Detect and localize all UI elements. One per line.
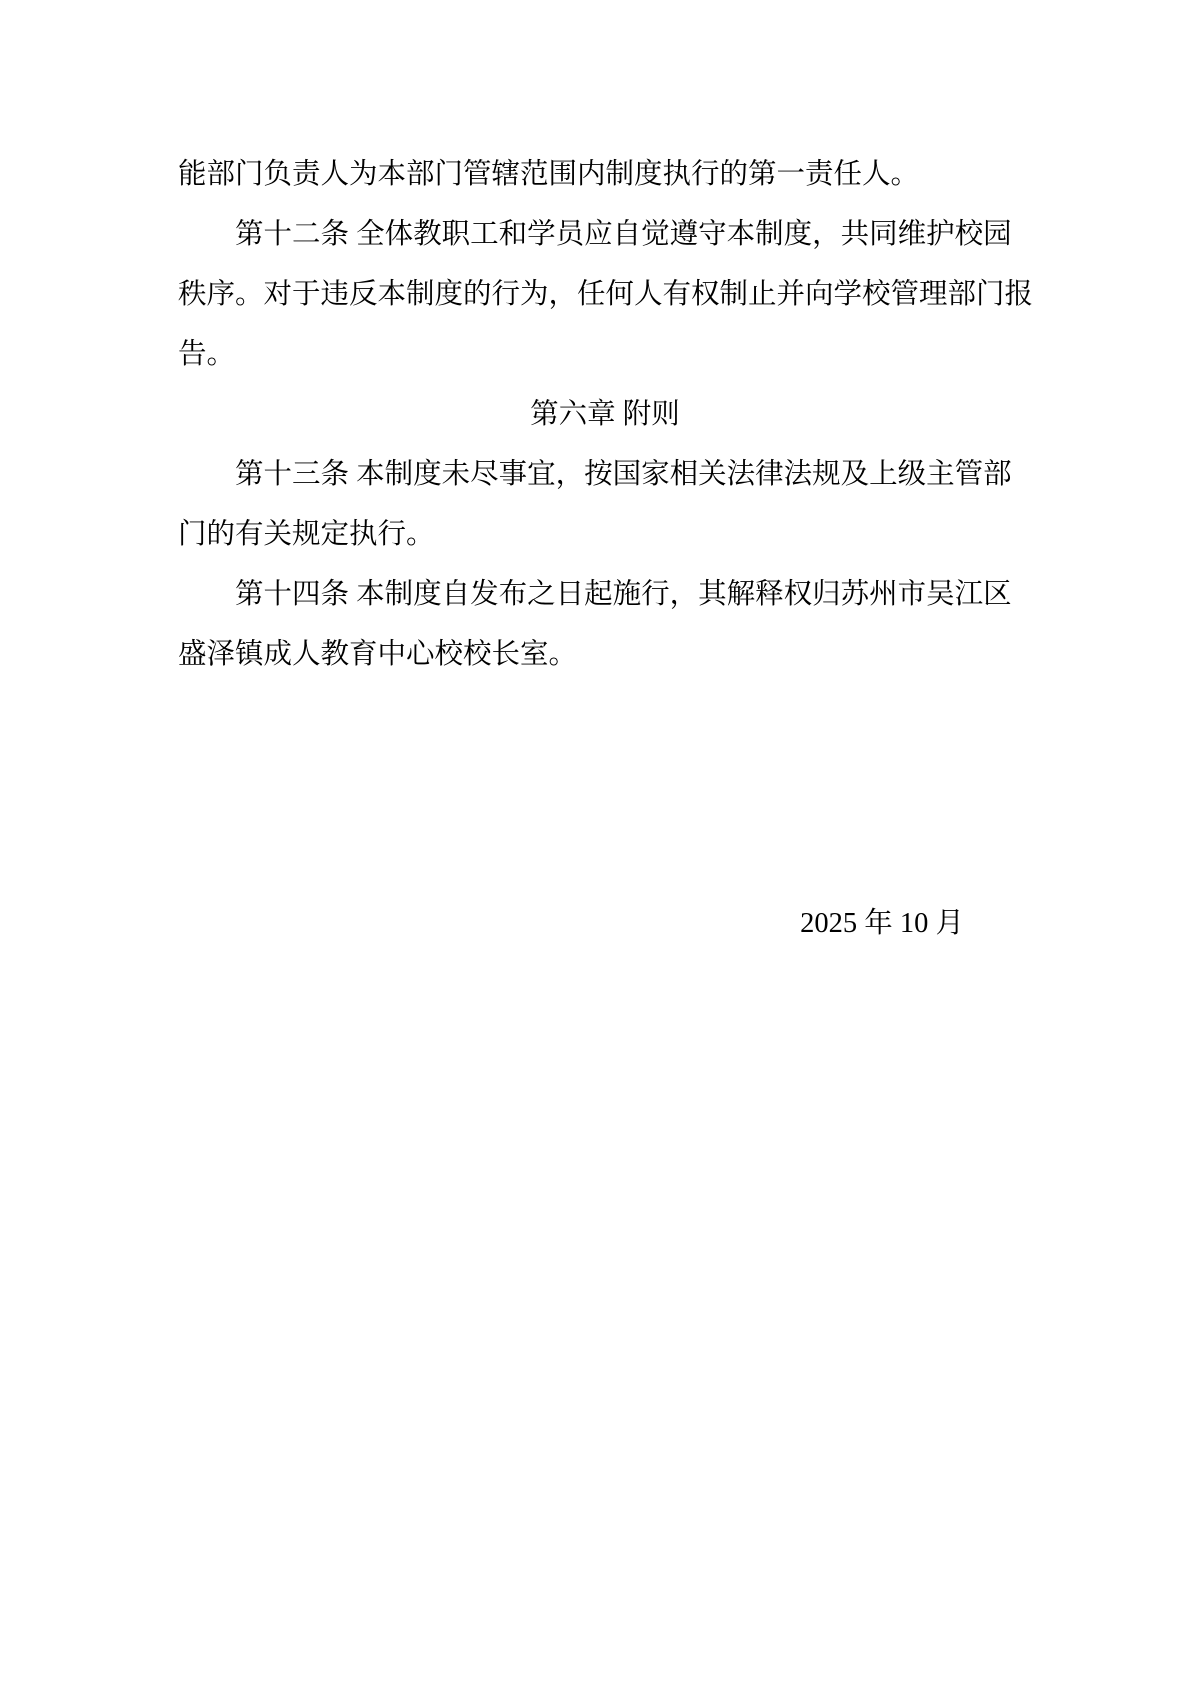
body-line-article-13: 第十三条 本制度未尽事宜，按国家相关法律法规及上级主管部 (178, 445, 1032, 505)
body-line: 盛泽镇成人教育中心校校长室。 (178, 625, 1032, 685)
document-content: 能部门负责人为本部门管辖范围内制度执行的第一责任人。 第十二条 全体教职工和学员… (0, 0, 1191, 954)
body-line: 能部门负责人为本部门管辖范围内制度执行的第一责任人。 (178, 145, 1032, 205)
chapter-heading: 第六章 附则 (178, 385, 1032, 445)
body-line: 秩序。对于违反本制度的行为，任何人有权制止并向学校管理部门报 (178, 265, 1032, 325)
document-page: 能部门负责人为本部门管辖范围内制度执行的第一责任人。 第十二条 全体教职工和学员… (0, 0, 1191, 1684)
body-line-article-12: 第十二条 全体教职工和学员应自觉遵守本制度，共同维护校园 (178, 205, 1032, 265)
body-line-article-14: 第十四条 本制度自发布之日起施行，其解释权归苏州市吴江区 (178, 565, 1032, 625)
body-line: 门的有关规定执行。 (178, 505, 1032, 565)
date-line: 2025 年 10 月 (178, 894, 1032, 954)
body-line: 告。 (178, 325, 1032, 385)
